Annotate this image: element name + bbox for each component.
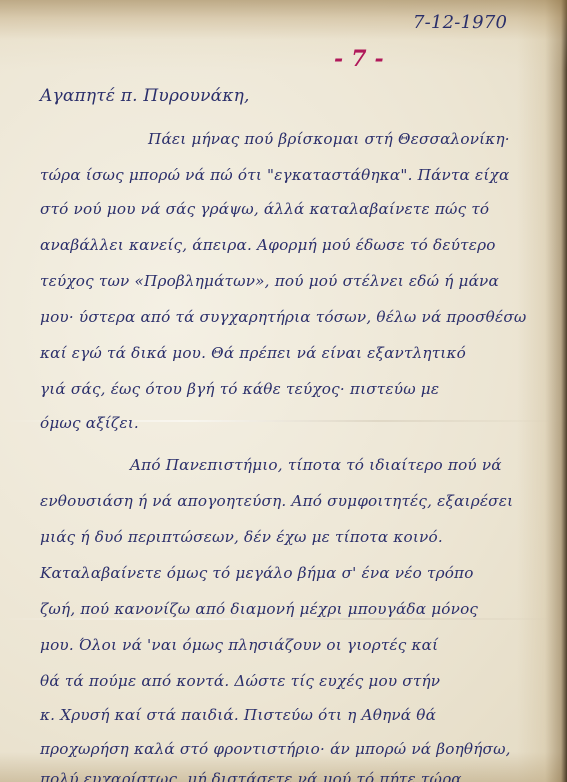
letter-line: καί εγώ τά δικά μου. Θά πρέπει νά είναι … xyxy=(40,344,466,362)
letter-line: θά τά πούμε από κοντά. Δώστε τίς ευχές μ… xyxy=(40,672,440,690)
letter-line: μιάς ή δυό περιπτώσεων, δέν έχω με τίποτ… xyxy=(40,528,443,546)
letter-line: κ. Χρυσή καί στά παιδιά. Πιστεύω ότι η Α… xyxy=(40,706,436,724)
letter-line: τώρα ίσως μπορώ νά πώ ότι "εγκαταστάθηκα… xyxy=(40,166,509,184)
letter-line: γιά σάς, έως ότου βγή τό κάθε τεύχος· πι… xyxy=(40,380,439,398)
letter-line: αναβάλλει κανείς, άπειρα. Αφορμή μού έδω… xyxy=(40,236,496,254)
letter-line: πολύ ευχαρίστως, μή διστάσετε νά μού τό … xyxy=(40,770,462,782)
page-number: - 7 - xyxy=(334,46,384,72)
letter-line: Καταλαβαίνετε όμως τό μεγάλο βήμα σ' ένα… xyxy=(40,564,474,582)
letter-line: μου· ύστερα από τά συγχαρητήρια τόσων, θ… xyxy=(40,308,527,326)
paper-fold-crease xyxy=(0,618,567,620)
letter-line: Πάει μήνας πού βρίσκομαι στή Θεσσαλονίκη… xyxy=(148,130,510,148)
letter-line: όμως αξίζει. xyxy=(40,414,139,432)
letter-line: στό νού μου νά σάς γράψω, άλλά καταλαβαί… xyxy=(40,200,489,218)
letter-line: ζωή, πού κανονίζω από διαμονή μέχρι μπου… xyxy=(40,600,478,618)
letter-line: τεύχος των «Προβλημάτων», πού μού στέλνε… xyxy=(40,272,499,290)
letter-line: μου. Όλοι νά 'ναι όμως πλησιάζουν οι γιο… xyxy=(40,636,438,654)
letter-line: Από Πανεπιστήμιο, τίποτα τό ιδιαίτερο πο… xyxy=(130,456,502,474)
salutation: Αγαπητέ π. Πυρουνάκη, xyxy=(40,86,250,106)
letter-date: 7-12-1970 xyxy=(413,12,507,33)
letter-line: προχωρήση καλά στό φροντιστήριο· άν μπορ… xyxy=(40,740,511,758)
letter-line: ενθουσιάση ή νά απογοητεύση. Από συμφοιτ… xyxy=(40,492,513,510)
